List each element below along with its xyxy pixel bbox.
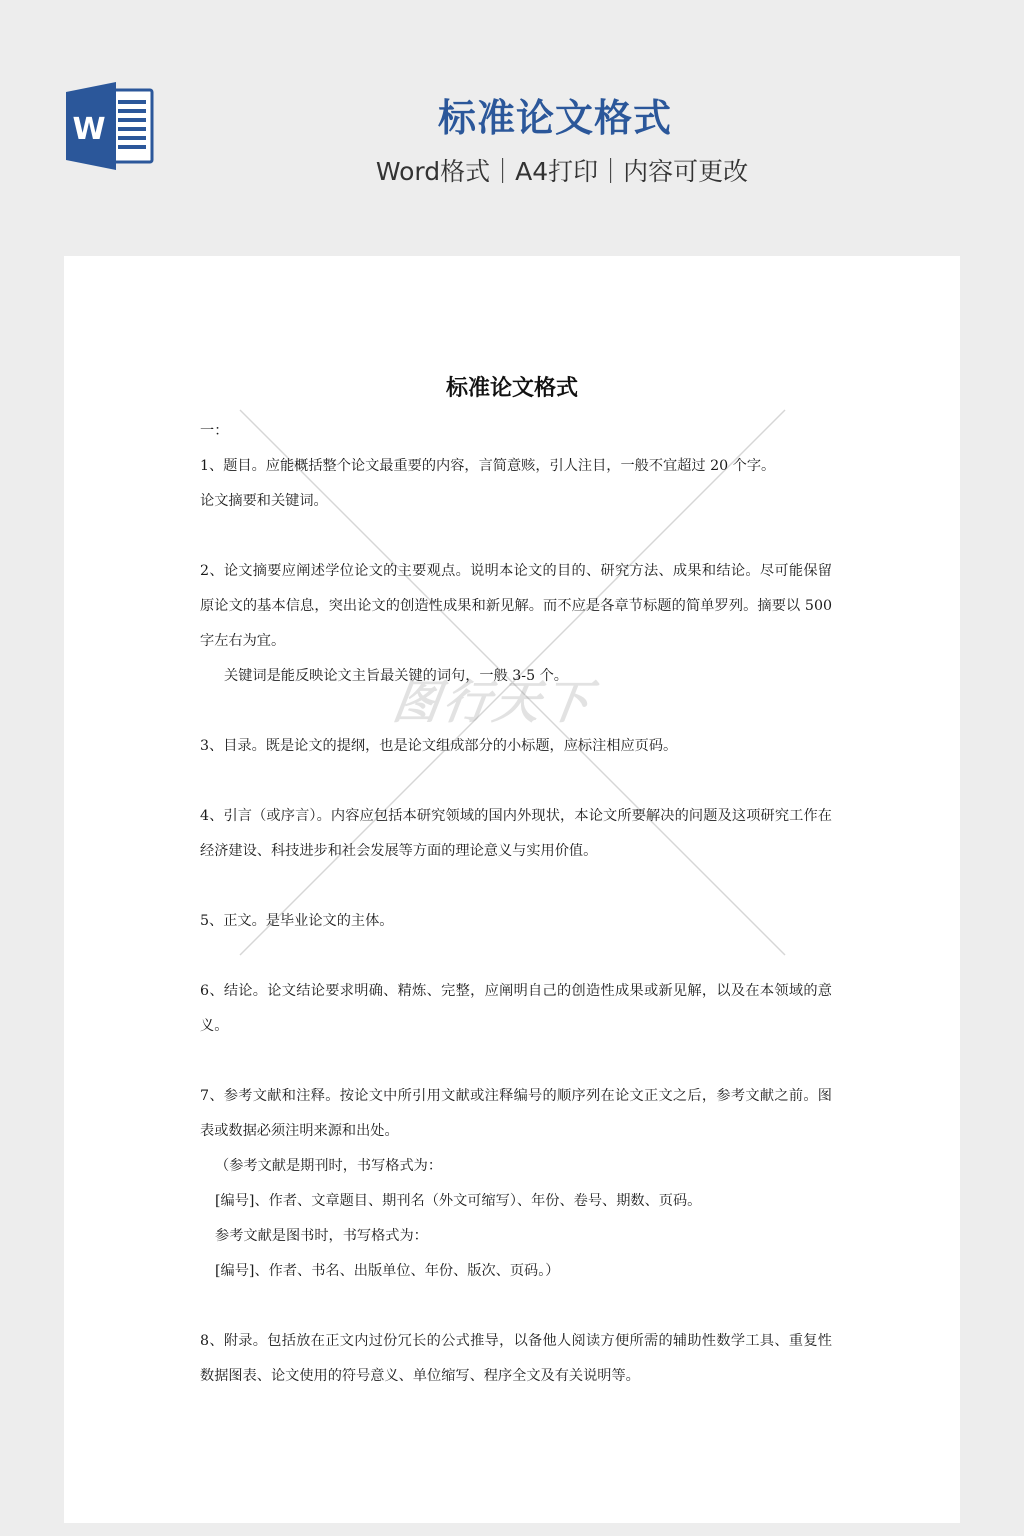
paragraph-7-book-format: [编号]、作者、书名、出版单位、年份、版次、页码。）: [200, 1254, 832, 1289]
document-title: 标准论文格式: [64, 368, 960, 408]
paragraph-3: 3、目录。既是论文的提纲，也是论文组成部分的小标题，应标注相应页码。: [200, 729, 832, 764]
paragraph-2-keywords: 关键词是能反映论文主旨最关键的词句，一般 3-5 个。: [200, 659, 832, 694]
section-heading: 一：: [200, 414, 832, 449]
paragraph-5: 5、正文。是毕业论文的主体。: [200, 904, 832, 939]
paragraph-7-book-intro: 参考文献是图书时，书写格式为：: [200, 1219, 832, 1254]
paragraph-4: 4、引言（或序言）。内容应包括本研究领域的国内外现状，本论文所要解决的问题及这项…: [200, 799, 832, 869]
paragraph-1: 1、题目。应能概括整个论文最重要的内容，言简意赅，引人注目，一般不宜超过 20 …: [200, 449, 832, 484]
paragraph-7-journal-format: [编号]、作者、文章题目、期刊名（外文可缩写）、年份、卷号、期数、页码。: [200, 1184, 832, 1219]
paragraph-8: 8、附录。包括放在正文内过份冗长的公式推导，以备他人阅读方便所需的辅助性数学工具…: [200, 1324, 832, 1394]
paragraph-6: 6、结论。论文结论要求明确、精炼、完整，应阐明自己的创造性成果或新见解，以及在本…: [200, 974, 832, 1044]
banner-title: 标准论文格式: [0, 92, 1024, 144]
paragraph-2: 2、论文摘要应阐述学位论文的主要观点。说明本论文的目的、研究方法、成果和结论。尽…: [200, 554, 832, 659]
paragraph-7: 7、参考文献和注释。按论文中所引用文献或注释编号的顺序列在论文正文之后，参考文献…: [200, 1079, 832, 1149]
paragraph-7-journal-intro: （参考文献是期刊时，书写格式为：: [200, 1149, 832, 1184]
banner-subtitle: Word格式｜A4打印｜内容可更改: [0, 152, 1024, 192]
paragraph-1-continued: 论文摘要和关键词。: [200, 484, 832, 519]
document-body: 一： 1、题目。应能概括整个论文最重要的内容，言简意赅，引人注目，一般不宜超过 …: [200, 414, 832, 1394]
document-page: 图行天下 标准论文格式 一： 1、题目。应能概括整个论文最重要的内容，言简意赅，…: [64, 256, 960, 1523]
